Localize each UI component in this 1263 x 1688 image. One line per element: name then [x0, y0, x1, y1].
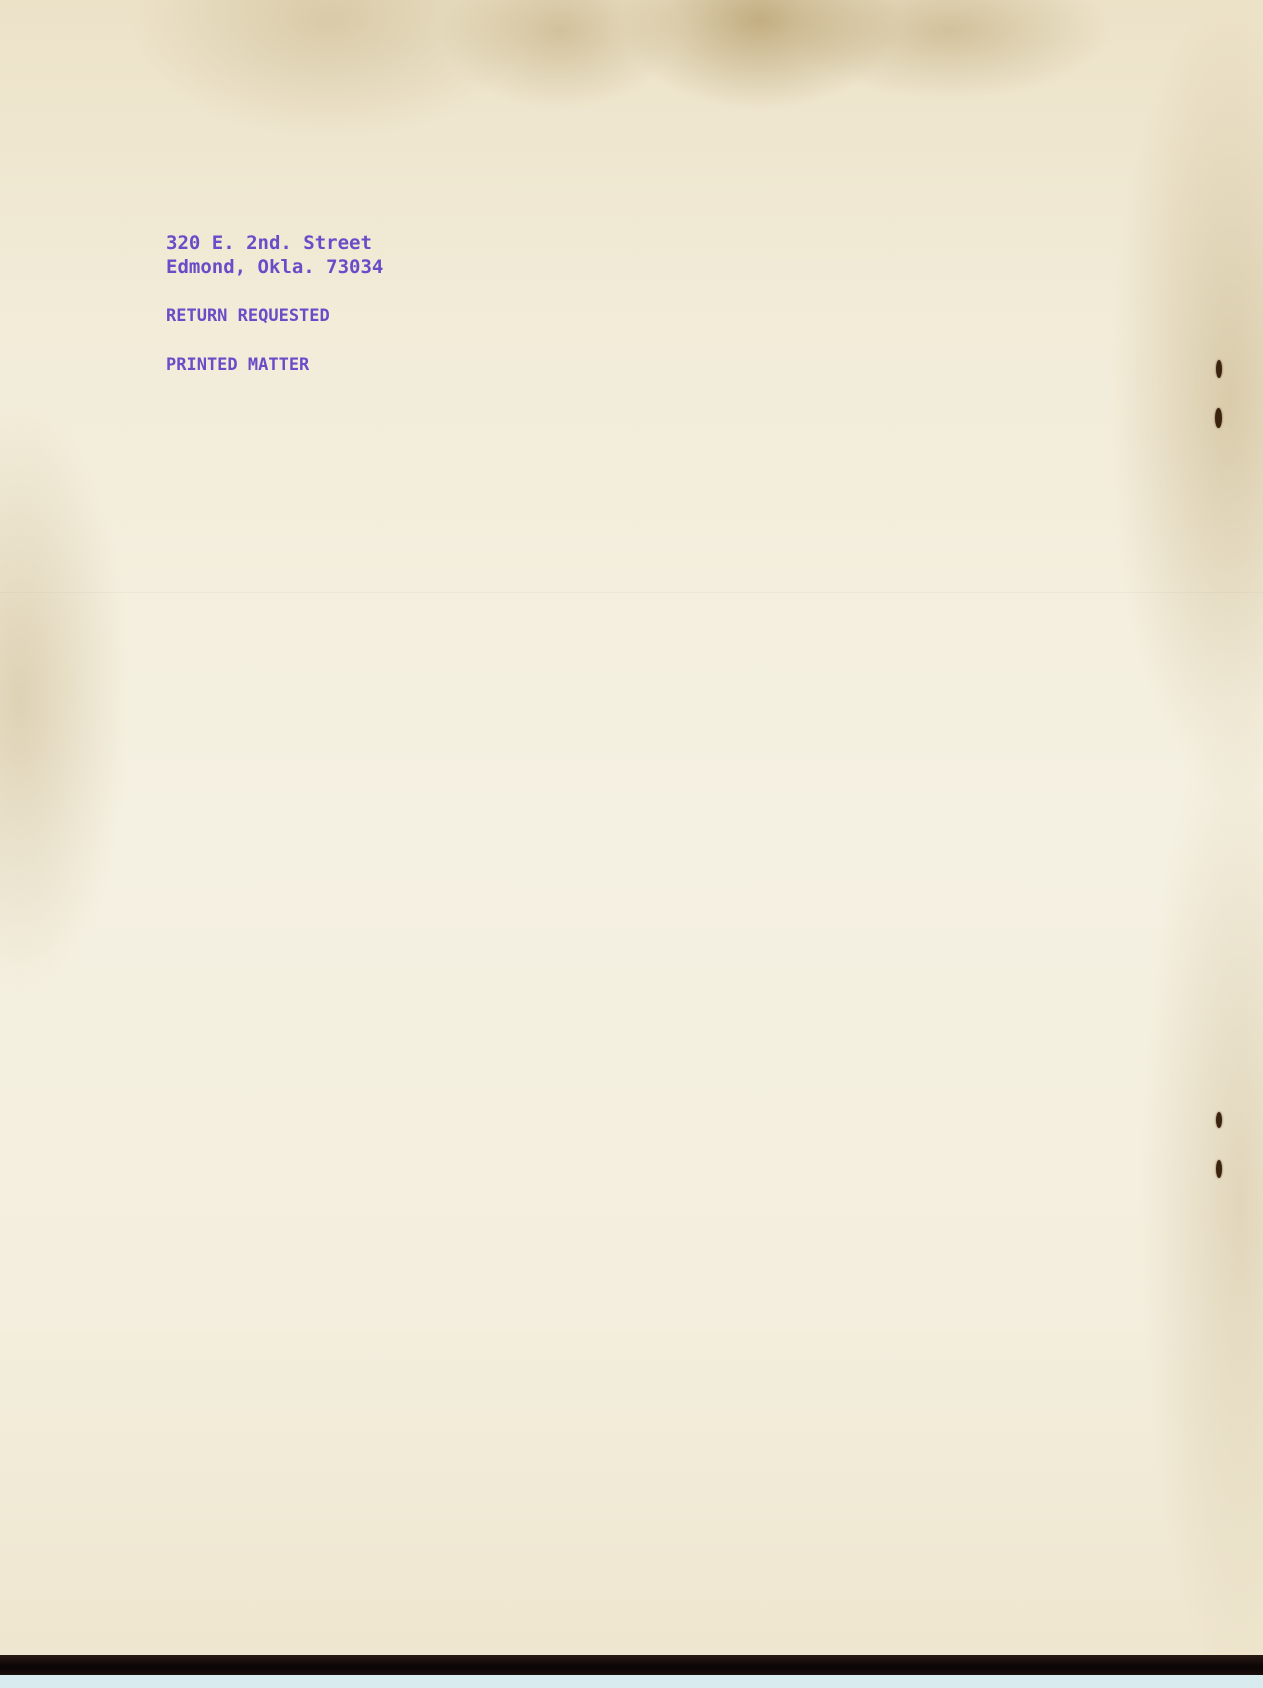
faint-divider	[0, 592, 1263, 593]
scanned-page: 320 E. 2nd. Street Edmond, Okla. 73034 R…	[0, 0, 1263, 1655]
page-bottom-shadow	[0, 1655, 1263, 1675]
return-address-line-1: 320 E. 2nd. Street	[166, 232, 372, 254]
scanner-background	[0, 1675, 1263, 1688]
return-address-line-2: Edmond, Okla. 73034	[166, 256, 383, 278]
printed-matter-stamp: PRINTED MATTER	[166, 355, 309, 375]
punch-hole-bottom-2	[1216, 1160, 1222, 1178]
punch-hole-bottom-1	[1216, 1112, 1222, 1128]
punch-hole-top-1	[1216, 360, 1222, 378]
punch-hole-top-2	[1215, 408, 1222, 428]
return-requested-stamp: RETURN REQUESTED	[166, 306, 330, 326]
